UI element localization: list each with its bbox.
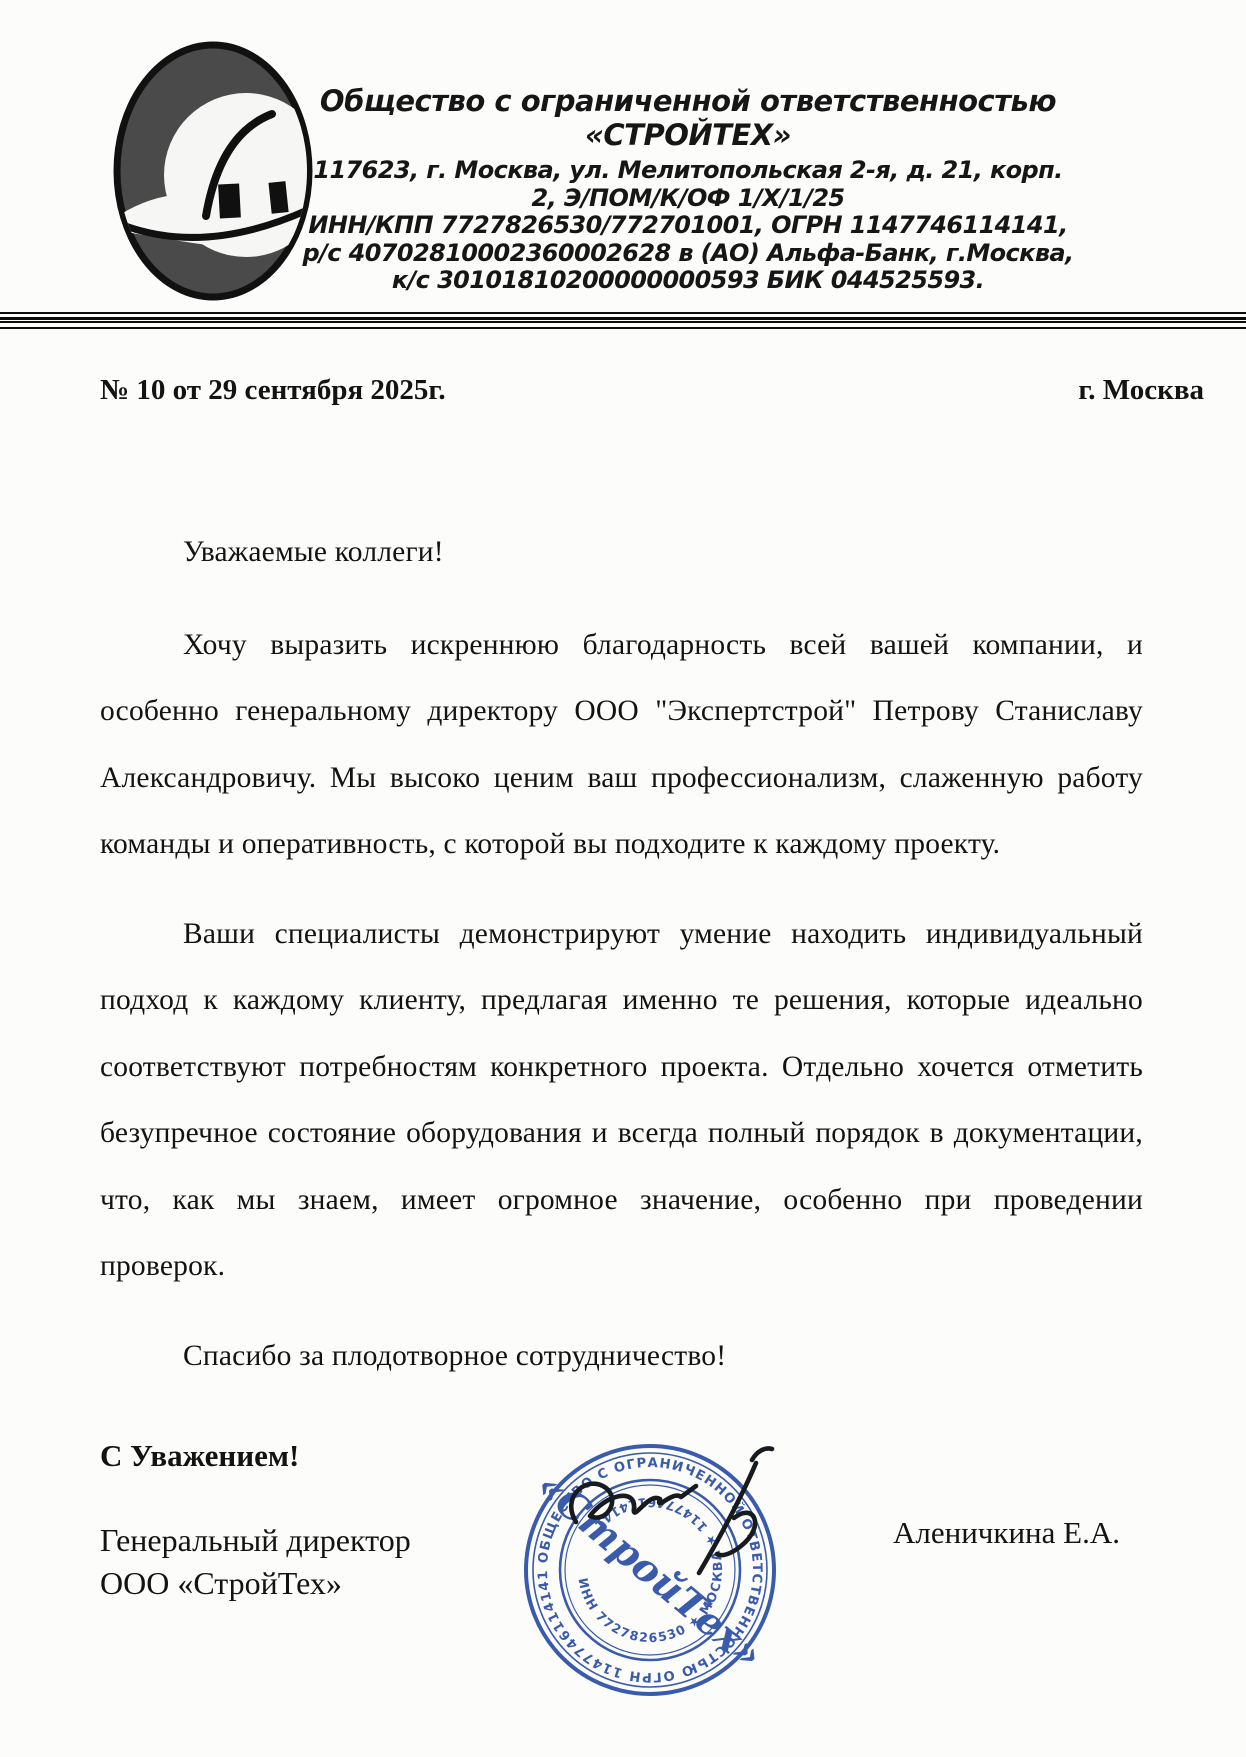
signer-position-line1: Генеральный директор	[100, 1519, 411, 1562]
company-bank-account: р/с 40702810002360002628 в (АО) Альфа-Ба…	[300, 240, 1076, 268]
company-inn-ogrn: ИНН/КПП 7727826530/772701001, ОГРН 11477…	[300, 212, 1076, 240]
letterhead: Общество с ограниченной ответственностью…	[300, 84, 1076, 295]
signer-name: Аленичкина Е.А.	[893, 1515, 1120, 1551]
letter-meta: № 10 от 29 сентября 2025г. г. Москва	[100, 374, 1204, 407]
letter-city: г. Москва	[1078, 374, 1204, 407]
signer-position-line2: ООО «СтройТех»	[100, 1562, 411, 1605]
letter-page: Общество с ограниченной ответственностью…	[0, 0, 1246, 1757]
paragraph-2: Ваши специалисты демонстрируют умение на…	[100, 901, 1143, 1300]
company-logo	[112, 38, 314, 306]
letter-number-date: № 10 от 29 сентября 2025г.	[100, 374, 446, 407]
stamp-icon: ОБЩЕСТВО С ОГРАНИЧЕННОЙ ОТВЕТСТВЕННОСТЬЮ…	[500, 1400, 840, 1730]
company-name: Общество с ограниченной ответственностью…	[300, 84, 1076, 152]
company-corr-account: к/с 30101810200000000593 БИК 044525593.	[300, 267, 1076, 295]
paragraph-3: Спасибо за плодотворное сотрудничество!	[100, 1323, 1143, 1390]
company-address: 117623, г. Москва, ул. Мелитопольская 2-…	[300, 157, 1076, 212]
signer-position: Генеральный директор ООО «СтройТех»	[100, 1519, 411, 1605]
company-stamp: ОБЩЕСТВО С ОГРАНИЧЕННОЙ ОТВЕТСТВЕННОСТЬЮ…	[500, 1400, 840, 1730]
letterhead-divider	[0, 312, 1246, 332]
salutation: Уважаемые коллеги!	[100, 519, 1143, 586]
paragraph-1: Хочу выразить искреннюю благодарность вс…	[100, 612, 1143, 878]
letter-body: Уважаемые коллеги! Хочу выразить искренн…	[100, 519, 1143, 1389]
closing-phrase: С Уважением!	[100, 1438, 299, 1474]
hard-hat-icon	[112, 38, 314, 306]
